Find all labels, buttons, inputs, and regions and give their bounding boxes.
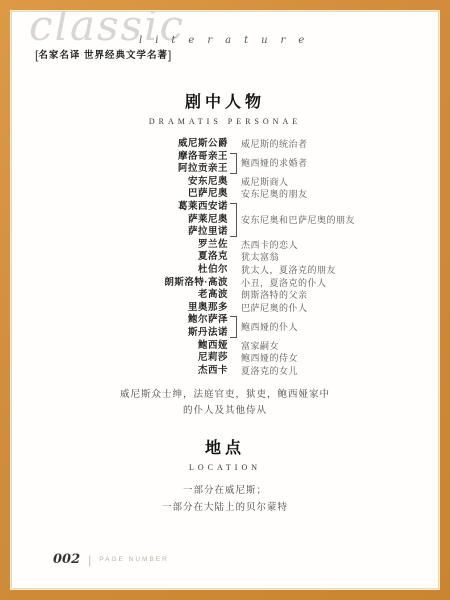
character-name: 老高波 bbox=[60, 289, 228, 302]
character-desc: 威尼斯商人 bbox=[241, 176, 390, 189]
character-desc: 安东尼奥的朋友 bbox=[241, 188, 390, 201]
character-name: 安东尼奥 bbox=[60, 176, 228, 189]
book-page: classic literature [名家名译 世界经典文学名著] 剧中人物 … bbox=[10, 10, 440, 590]
cast-gutter bbox=[228, 176, 241, 189]
cast-entry: 杜伯尔犹太人，夏洛克的朋友 bbox=[60, 264, 390, 277]
cast-entry: 鲍西娅富家嗣女 bbox=[60, 340, 390, 353]
character-names: 威尼斯公爵 bbox=[60, 138, 228, 151]
cast-list: 威尼斯公爵威尼斯的统治者摩洛哥亲王阿拉贡亲王鲍西娅的求婚者安东尼奥威尼斯商人巴萨… bbox=[60, 138, 390, 377]
cast-gutter bbox=[228, 151, 241, 176]
character-names: 鲍尔萨泽斯丹法诺 bbox=[60, 314, 228, 339]
character-names: 巴萨尼奥 bbox=[60, 188, 228, 201]
character-names: 里奥那多 bbox=[60, 302, 228, 315]
cast-gutter bbox=[228, 302, 241, 315]
cast-entry: 老高波朗斯洛特的父亲 bbox=[60, 289, 390, 302]
character-name: 威尼斯公爵 bbox=[60, 138, 228, 151]
character-desc: 朗斯洛特的父亲 bbox=[241, 289, 390, 302]
cast-gutter bbox=[228, 251, 241, 264]
group-bracket bbox=[230, 316, 237, 337]
character-names: 安东尼奥 bbox=[60, 176, 228, 189]
cast-gutter bbox=[228, 352, 241, 365]
page-body: 剧中人物 DRAMATIS PERSONAE 威尼斯公爵威尼斯的统治者摩洛哥亲王… bbox=[11, 89, 439, 516]
cast-entry: 安东尼奥威尼斯商人 bbox=[60, 176, 390, 189]
location-line-1: 一部分在威尼斯； bbox=[11, 482, 439, 499]
character-name: 斯丹法诺 bbox=[60, 327, 228, 340]
character-desc: 鲍西娅的求婚者 bbox=[241, 157, 390, 170]
cast-gutter bbox=[228, 289, 241, 302]
cast-note-line-1: 威尼斯众士绅，法庭官吏，狱吏，鲍西娅家中 bbox=[11, 387, 439, 403]
location-section-subtitle: LOCATION bbox=[11, 463, 439, 472]
character-name: 夏洛克 bbox=[60, 251, 228, 264]
series-bracket-open-glyph: [ bbox=[35, 48, 38, 62]
character-names: 夏洛克 bbox=[60, 251, 228, 264]
character-name: 鲍尔萨泽 bbox=[60, 314, 228, 327]
page-number-label: PAGE NUMBER bbox=[99, 556, 169, 563]
character-names: 老高波 bbox=[60, 289, 228, 302]
character-name: 巴萨尼奥 bbox=[60, 188, 228, 201]
cast-section-subtitle: DRAMATIS PERSONAE bbox=[11, 117, 439, 126]
series-label-text: 名家名译 世界经典文学名著 bbox=[38, 50, 168, 61]
character-desc: 夏洛克的女儿 bbox=[241, 365, 390, 378]
cast-entry: 摩洛哥亲王阿拉贡亲王鲍西娅的求婚者 bbox=[60, 151, 390, 176]
character-name: 阿拉贡亲王 bbox=[60, 163, 228, 176]
character-name: 朗斯洛特·高波 bbox=[60, 277, 228, 290]
cast-gutter bbox=[228, 340, 241, 353]
character-names: 杜伯尔 bbox=[60, 264, 228, 277]
location-section-title: 地点 bbox=[11, 435, 439, 458]
cast-entry: 葛莱西安诺萨莱尼奥萨拉里诺安东尼奥和巴萨尼奥的朋友 bbox=[60, 201, 390, 239]
character-names: 葛莱西安诺萨莱尼奥萨拉里诺 bbox=[60, 201, 228, 239]
character-desc: 小丑，夏洛克的仆人 bbox=[241, 277, 390, 290]
character-name: 杰西卡 bbox=[60, 365, 228, 378]
character-name: 罗兰佐 bbox=[60, 239, 228, 252]
cast-entry: 夏洛克犹太富翁 bbox=[60, 251, 390, 264]
character-names: 摩洛哥亲王阿拉贡亲王 bbox=[60, 151, 228, 176]
footer-divider: | bbox=[88, 553, 91, 567]
character-name: 杜伯尔 bbox=[60, 264, 228, 277]
character-desc: 犹太人，夏洛克的朋友 bbox=[241, 264, 390, 277]
page-footer: 002 | PAGE NUMBER bbox=[53, 552, 169, 567]
group-bracket bbox=[230, 153, 237, 174]
character-desc: 犹太富翁 bbox=[241, 251, 390, 264]
character-name: 萨拉里诺 bbox=[60, 226, 228, 239]
series-bracket-close-glyph: ] bbox=[168, 48, 171, 62]
location-lines: 一部分在威尼斯； 一部分在大陆上的贝尔蒙特 bbox=[11, 482, 439, 516]
literature-word: literature bbox=[139, 35, 317, 46]
cast-note: 威尼斯众士绅，法庭官吏，狱吏，鲍西娅家中 的仆人及其他侍从 bbox=[11, 387, 439, 419]
character-name: 葛莱西安诺 bbox=[60, 201, 228, 214]
cast-entry: 鲍尔萨泽斯丹法诺鲍西娅的仆人 bbox=[60, 314, 390, 339]
cast-note-line-2: 的仆人及其他侍从 bbox=[11, 403, 439, 419]
character-desc: 富家嗣女 bbox=[241, 340, 390, 353]
cast-entry: 罗兰佐杰西卡的恋人 bbox=[60, 239, 390, 252]
cast-entry: 朗斯洛特·高波小丑，夏洛克的仆人 bbox=[60, 277, 390, 290]
cast-entry: 尼莉莎鲍西娅的侍女 bbox=[60, 352, 390, 365]
page-header: classic literature [名家名译 世界经典文学名著] bbox=[11, 11, 439, 73]
cast-entry: 巴萨尼奥安东尼奥的朋友 bbox=[60, 188, 390, 201]
cast-gutter bbox=[228, 239, 241, 252]
cast-gutter bbox=[228, 138, 241, 151]
cast-gutter bbox=[228, 201, 241, 239]
cast-entry: 威尼斯公爵威尼斯的统治者 bbox=[60, 138, 390, 151]
character-desc: 鲍西娅的仆人 bbox=[241, 321, 390, 334]
character-desc: 鲍西娅的侍女 bbox=[241, 352, 390, 365]
character-name: 摩洛哥亲王 bbox=[60, 151, 228, 164]
character-name: 里奥那多 bbox=[60, 302, 228, 315]
character-name: 尼莉莎 bbox=[60, 352, 228, 365]
character-names: 罗兰佐 bbox=[60, 239, 228, 252]
character-names: 鲍西娅 bbox=[60, 340, 228, 353]
character-desc: 安东尼奥和巴萨尼奥的朋友 bbox=[241, 214, 390, 227]
character-desc: 杰西卡的恋人 bbox=[241, 239, 390, 252]
cast-gutter bbox=[228, 264, 241, 277]
cast-entry: 杰西卡夏洛克的女儿 bbox=[60, 365, 390, 378]
cast-gutter bbox=[228, 365, 241, 378]
character-names: 杰西卡 bbox=[60, 365, 228, 378]
character-desc: 威尼斯的统治者 bbox=[241, 138, 390, 151]
group-bracket bbox=[230, 203, 237, 237]
cast-entry: 里奥那多巴萨尼奥的仆人 bbox=[60, 302, 390, 315]
cast-gutter bbox=[228, 314, 241, 339]
character-name: 萨莱尼奥 bbox=[60, 214, 228, 227]
character-name: 鲍西娅 bbox=[60, 340, 228, 353]
cast-gutter bbox=[228, 277, 241, 290]
character-names: 尼莉莎 bbox=[60, 352, 228, 365]
character-desc: 巴萨尼奥的仆人 bbox=[241, 302, 390, 315]
series-label: [名家名译 世界经典文学名著] bbox=[35, 47, 171, 61]
page-number: 002 bbox=[53, 552, 80, 567]
location-line-2: 一部分在大陆上的贝尔蒙特 bbox=[11, 499, 439, 516]
cast-section-title: 剧中人物 bbox=[11, 89, 439, 112]
cast-gutter bbox=[228, 188, 241, 201]
character-names: 朗斯洛特·高波 bbox=[60, 277, 228, 290]
